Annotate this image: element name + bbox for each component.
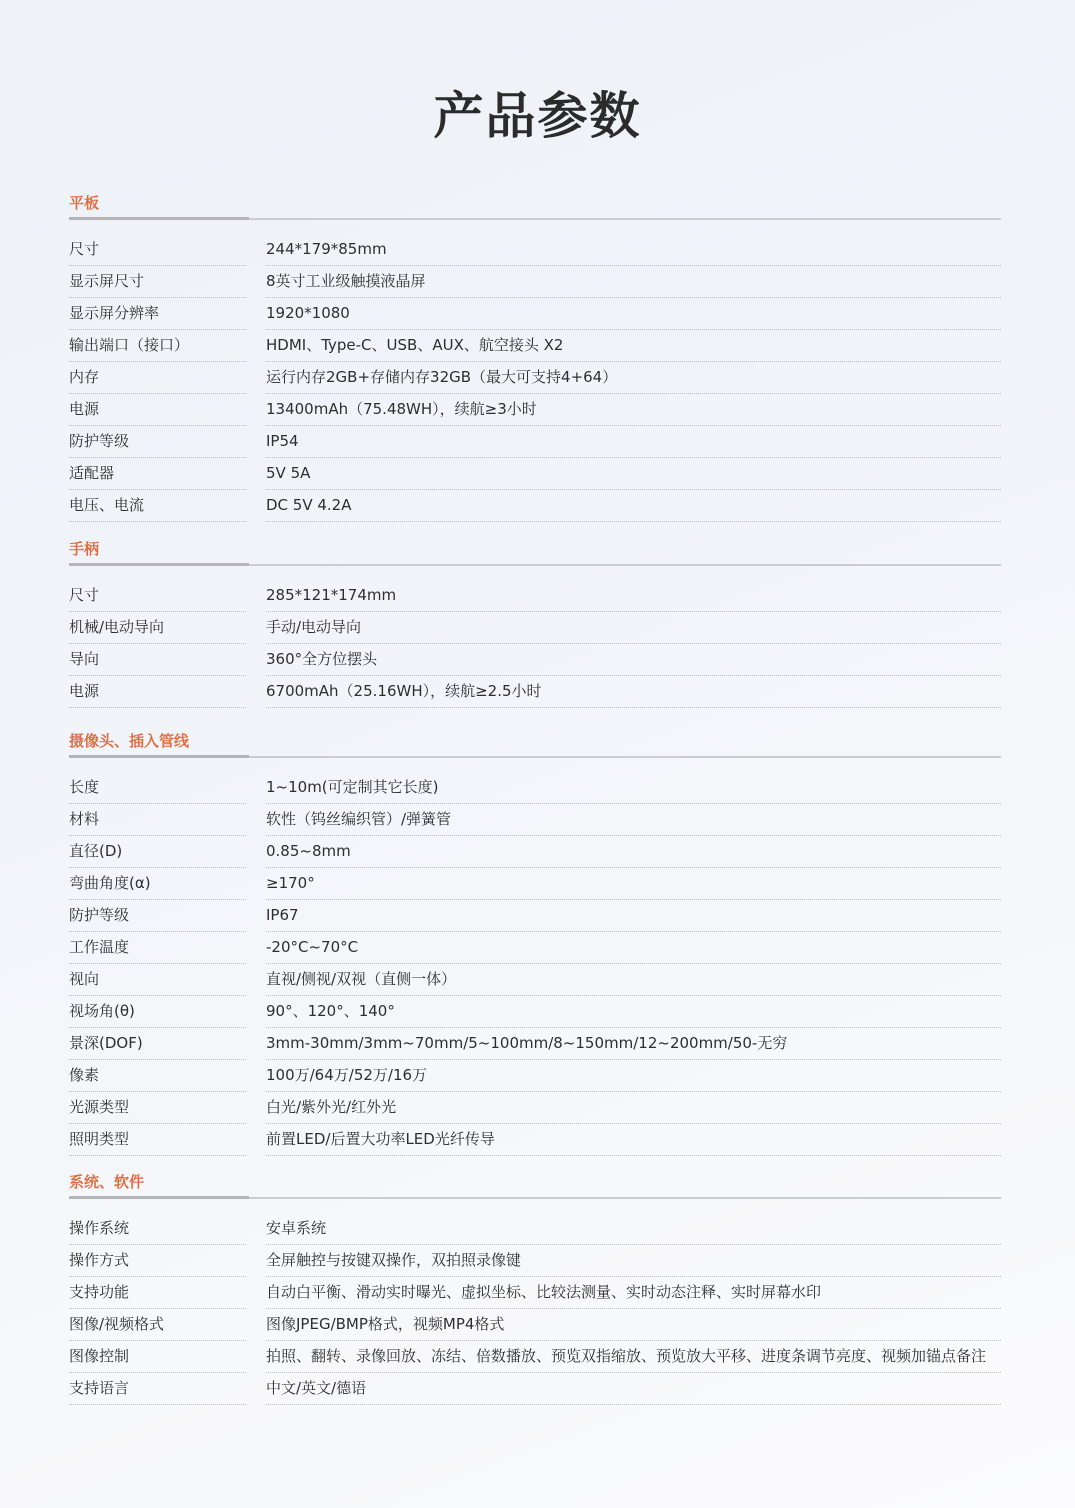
spec-label: 导向 (69, 644, 246, 676)
spec-label: 尺寸 (69, 234, 246, 266)
spec-row: 支持功能自动白平衡、滑动实时曝光、虚拟坐标、比较法测量、实时动态注释、实时屏幕水… (69, 1277, 1001, 1309)
spec-value: 中文/英文/德语 (266, 1373, 1001, 1405)
spec-label: 工作温度 (69, 932, 246, 964)
section-system-software: 系统、软件 操作系统安卓系统 操作方式全屏触控与按键双操作，双拍照录像键 支持功… (69, 1171, 1001, 1405)
spec-label: 图像控制 (69, 1341, 246, 1373)
spec-label: 支持功能 (69, 1277, 246, 1309)
spec-value: 图像JPEG/BMP格式，视频MP4格式 (266, 1309, 1001, 1341)
spec-label: 视向 (69, 964, 246, 996)
spec-label: 机械/电动导向 (69, 612, 246, 644)
spec-label: 尺寸 (69, 580, 246, 612)
spec-label: 显示屏尺寸 (69, 266, 246, 298)
spec-label: 直径(D) (69, 836, 246, 868)
spec-row: 输出端口（接口）HDMI、Type-C、USB、AUX、航空接头 X2 (69, 330, 1001, 362)
section-header: 平板 (69, 192, 1001, 222)
section-divider-accent (69, 1196, 249, 1199)
spec-row: 直径(D)0.85~8mm (69, 836, 1001, 868)
spec-value: HDMI、Type-C、USB、AUX、航空接头 X2 (266, 330, 1001, 362)
spec-row: 电压、电流DC 5V 4.2A (69, 490, 1001, 522)
spec-row: 工作温度-20°C~70°C (69, 932, 1001, 964)
spec-label: 电压、电流 (69, 490, 246, 522)
spec-row: 内存运行内存2GB+存储内存32GB（最大可支持4+64） (69, 362, 1001, 394)
spec-label: 内存 (69, 362, 246, 394)
spec-label: 景深(DOF) (69, 1028, 246, 1060)
spec-table: 操作系统安卓系统 操作方式全屏触控与按键双操作，双拍照录像键 支持功能自动白平衡… (69, 1213, 1001, 1405)
spec-label: 操作方式 (69, 1245, 246, 1277)
spec-row: 电源13400mAh（75.48WH），续航≥3小时 (69, 394, 1001, 426)
section-divider-accent (69, 217, 249, 220)
spec-value: 1~10m(可定制其它长度) (266, 772, 1001, 804)
spec-value: 软性（钨丝编织管）/弹簧管 (266, 804, 1001, 836)
spec-label: 弯曲角度(α) (69, 868, 246, 900)
spec-value: 手动/电动导向 (266, 612, 1001, 644)
spec-label: 支持语言 (69, 1373, 246, 1405)
section-header: 系统、软件 (69, 1171, 1001, 1201)
spec-label: 显示屏分辨率 (69, 298, 246, 330)
spec-label: 防护等级 (69, 426, 246, 458)
spec-value: 13400mAh（75.48WH），续航≥3小时 (266, 394, 1001, 426)
section-divider-accent (69, 563, 249, 566)
section-title: 系统、软件 (69, 1171, 144, 1193)
spec-row: 像素100万/64万/52万/16万 (69, 1060, 1001, 1092)
spec-row: 材料软性（钨丝编织管）/弹簧管 (69, 804, 1001, 836)
spec-row: 视向直视/侧视/双视（直侧一体） (69, 964, 1001, 996)
spec-row: 适配器5V 5A (69, 458, 1001, 490)
spec-table: 长度1~10m(可定制其它长度) 材料软性（钨丝编织管）/弹簧管 直径(D)0.… (69, 772, 1001, 1156)
spec-label: 材料 (69, 804, 246, 836)
spec-row: 电源6700mAh（25.16WH），续航≥2.5小时 (69, 676, 1001, 708)
spec-label: 像素 (69, 1060, 246, 1092)
spec-value: 8英寸工业级触摸液晶屏 (266, 266, 1001, 298)
spec-value: 360°全方位摆头 (266, 644, 1001, 676)
spec-row: 弯曲角度(α)≥170° (69, 868, 1001, 900)
section-divider-accent (69, 755, 249, 758)
spec-row: 尺寸244*179*85mm (69, 234, 1001, 266)
spec-value: 全屏触控与按键双操作，双拍照录像键 (266, 1245, 1001, 1277)
spec-label: 视场角(θ) (69, 996, 246, 1028)
spec-value: IP67 (266, 900, 1001, 932)
spec-table: 尺寸244*179*85mm 显示屏尺寸8英寸工业级触摸液晶屏 显示屏分辨率19… (69, 234, 1001, 522)
spec-value: 285*121*174mm (266, 580, 1001, 612)
spec-row: 光源类型白光/紫外光/红外光 (69, 1092, 1001, 1124)
spec-value: 直视/侧视/双视（直侧一体） (266, 964, 1001, 996)
section-tablet: 平板 尺寸244*179*85mm 显示屏尺寸8英寸工业级触摸液晶屏 显示屏分辨… (69, 192, 1001, 522)
section-camera-probe: 摄像头、插入管线 长度1~10m(可定制其它长度) 材料软性（钨丝编织管）/弹簧… (69, 730, 1001, 1156)
spec-row: 显示屏尺寸8英寸工业级触摸液晶屏 (69, 266, 1001, 298)
spec-value: 6700mAh（25.16WH），续航≥2.5小时 (266, 676, 1001, 708)
spec-label: 光源类型 (69, 1092, 246, 1124)
spec-value: -20°C~70°C (266, 932, 1001, 964)
section-header: 摄像头、插入管线 (69, 730, 1001, 760)
spec-table: 尺寸285*121*174mm 机械/电动导向手动/电动导向 导向360°全方位… (69, 580, 1001, 708)
spec-value: 1920*1080 (266, 298, 1001, 330)
spec-value: 拍照、翻转、录像回放、冻结、倍数播放、预览双指缩放、预览放大平移、进度条调节亮度… (266, 1341, 1001, 1373)
spec-value: 244*179*85mm (266, 234, 1001, 266)
spec-row: 操作系统安卓系统 (69, 1213, 1001, 1245)
section-title: 摄像头、插入管线 (69, 730, 189, 752)
spec-value: IP54 (266, 426, 1001, 458)
spec-value: 前置LED/后置大功率LED光纤传导 (266, 1124, 1001, 1156)
spec-row: 防护等级IP67 (69, 900, 1001, 932)
spec-label: 电源 (69, 394, 246, 426)
spec-row: 防护等级IP54 (69, 426, 1001, 458)
page-title: 产品参数 (0, 84, 1075, 148)
spec-label: 适配器 (69, 458, 246, 490)
spec-row: 长度1~10m(可定制其它长度) (69, 772, 1001, 804)
spec-row: 景深(DOF)3mm-30mm/3mm~70mm/5~100mm/8~150mm… (69, 1028, 1001, 1060)
spec-value: 白光/紫外光/红外光 (266, 1092, 1001, 1124)
spec-label: 操作系统 (69, 1213, 246, 1245)
spec-label: 电源 (69, 676, 246, 708)
spec-row: 图像控制拍照、翻转、录像回放、冻结、倍数播放、预览双指缩放、预览放大平移、进度条… (69, 1341, 1001, 1373)
spec-label: 图像/视频格式 (69, 1309, 246, 1341)
spec-row: 机械/电动导向手动/电动导向 (69, 612, 1001, 644)
spec-value: DC 5V 4.2A (266, 490, 1001, 522)
spec-value: ≥170° (266, 868, 1001, 900)
spec-label: 照明类型 (69, 1124, 246, 1156)
section-title: 手柄 (69, 538, 99, 560)
spec-label: 长度 (69, 772, 246, 804)
spec-row: 导向360°全方位摆头 (69, 644, 1001, 676)
section-title: 平板 (69, 192, 99, 214)
spec-label: 输出端口（接口） (69, 330, 246, 362)
spec-row: 图像/视频格式图像JPEG/BMP格式，视频MP4格式 (69, 1309, 1001, 1341)
section-handle: 手柄 尺寸285*121*174mm 机械/电动导向手动/电动导向 导向360°… (69, 538, 1001, 708)
spec-row: 支持语言中文/英文/德语 (69, 1373, 1001, 1405)
spec-value: 5V 5A (266, 458, 1001, 490)
spec-value: 90°、120°、140° (266, 996, 1001, 1028)
spec-value: 安卓系统 (266, 1213, 1001, 1245)
spec-value: 3mm-30mm/3mm~70mm/5~100mm/8~150mm/12~200… (266, 1028, 1001, 1060)
spec-label: 防护等级 (69, 900, 246, 932)
spec-value: 100万/64万/52万/16万 (266, 1060, 1001, 1092)
spec-value: 0.85~8mm (266, 836, 1001, 868)
spec-row: 照明类型前置LED/后置大功率LED光纤传导 (69, 1124, 1001, 1156)
spec-row: 尺寸285*121*174mm (69, 580, 1001, 612)
spec-row: 显示屏分辨率1920*1080 (69, 298, 1001, 330)
spec-row: 操作方式全屏触控与按键双操作，双拍照录像键 (69, 1245, 1001, 1277)
section-header: 手柄 (69, 538, 1001, 568)
spec-value: 自动白平衡、滑动实时曝光、虚拟坐标、比较法测量、实时动态注释、实时屏幕水印 (266, 1277, 1001, 1309)
spec-value: 运行内存2GB+存储内存32GB（最大可支持4+64） (266, 362, 1001, 394)
spec-row: 视场角(θ)90°、120°、140° (69, 996, 1001, 1028)
